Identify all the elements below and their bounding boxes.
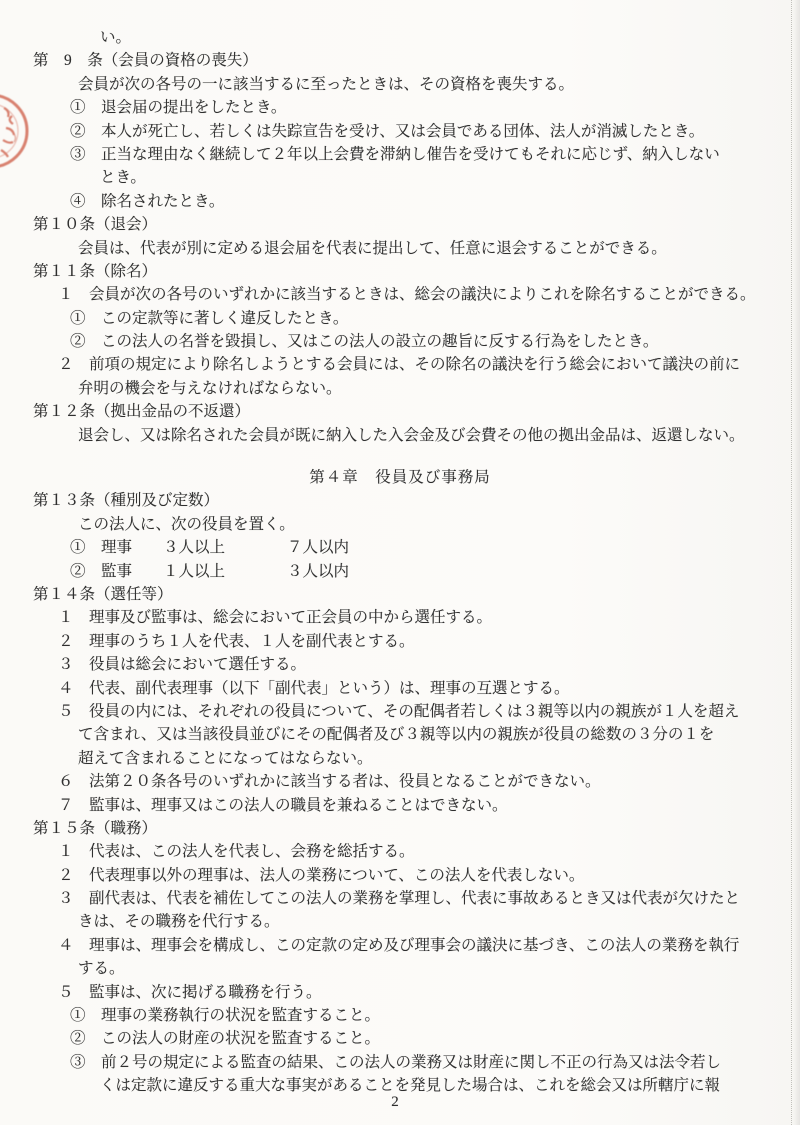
clause-line: ② 本人が死亡し、若しくは失踪宣告を受け、又は会員である団体、法人が消滅したとき… — [70, 120, 800, 143]
clause-line: きは、その職務を代行する。 — [78, 910, 800, 933]
clause-line: ３ 副代表は、代表を補佐してこの法人の業務を掌理し、代表に事故あるとき又は代表が… — [58, 887, 800, 910]
article-heading: 第１５条（職務） — [33, 817, 800, 840]
article-heading: 第１０条（退会） — [33, 213, 800, 236]
clause-line: ３ 役員は総会において選任する。 — [58, 653, 800, 676]
clause-line: ２ 前項の規定により除名しようとする会員には、その除名の議決を行う総会において議… — [58, 353, 800, 376]
article-heading: 第 9 条（会員の資格の喪失） — [33, 49, 800, 72]
clause-line: ７ 監事は、理事又はこの法人の職員を兼ねることはできない。 — [58, 794, 800, 817]
clause-line: 会員は、代表が別に定める退会届を代表に提出して、任意に退会することができる。 — [78, 237, 800, 260]
clause-line: ② 監事 １人以上 ３人以内 — [70, 560, 800, 583]
scanned-document-page: い。第 9 条（会員の資格の喪失）会員が次の各号の一に該当するに至ったときは、そ… — [0, 0, 800, 1125]
clause-line: ① この定款等に著しく違反したとき。 — [70, 307, 800, 330]
clause-line: 超えて含まれることになってはならない。 — [78, 747, 800, 770]
clause-line: この法人に、次の役員を置く。 — [78, 513, 800, 536]
clause-line: 弁明の機会を与えなければならない。 — [78, 377, 800, 400]
clause-line: ４ 理事は、理事会を構成し、この定款の定め及び理事会の議決に基づき、この法人の業… — [58, 934, 800, 957]
clause-line: ② この法人の財産の状況を監査すること。 — [70, 1027, 800, 1050]
clause-line: １ 理事及び監事は、総会において正会員の中から選任する。 — [58, 606, 800, 629]
article-heading: 第１２条（拠出金品の不返還） — [33, 400, 800, 423]
chapter-heading: 第４章 役員及び事務局 — [0, 466, 800, 489]
clause-line: ③ 前２号の規定による監査の結果、この法人の業務又は財産に関し不正の行為又は法令… — [70, 1051, 800, 1074]
clause-line: て含まれ、又は当該役員並びにその配偶者及び３親等以内の親族が役員の総数の３分の１… — [78, 723, 800, 746]
clause-line: ① 退会届の提出をしたとき。 — [70, 96, 800, 119]
page-number: 2 — [0, 1091, 790, 1113]
clause-line: １ 代表は、この法人を代表し、会務を総括する。 — [58, 840, 800, 863]
article-heading: 第１４条（選任等） — [33, 583, 800, 606]
clause-line: ① 理事 ３人以上 ７人以内 — [70, 536, 800, 559]
clause-line: ６ 法第２０条各号のいずれかに該当する者は、役員となることができない。 — [58, 770, 800, 793]
clause-line: 会員が次の各号の一に該当するに至ったときは、その資格を喪失する。 — [78, 73, 800, 96]
document-content: い。第 9 条（会員の資格の喪失）会員が次の各号の一に該当するに至ったときは、そ… — [0, 26, 800, 1098]
clause-line: する。 — [78, 957, 800, 980]
clause-line: い。 — [100, 26, 800, 49]
article-heading: 第１３条（種別及び定数） — [33, 489, 800, 512]
clause-line: ② この法人の名誉を毀損し、又はこの法人の設立の趣旨に反する行為をしたとき。 — [70, 330, 800, 353]
clause-line: ④ 除名されたとき。 — [70, 190, 800, 213]
clause-line: とき。 — [100, 166, 800, 189]
clause-line: ２ 理事のうち１人を代表、１人を副代表とする。 — [58, 630, 800, 653]
article-heading: 第１１条（除名） — [33, 260, 800, 283]
clause-line: ２ 代表理事以外の理事は、法人の業務について、この法人を代表しない。 — [58, 864, 800, 887]
clause-line: ③ 正当な理由なく継続して２年以上会費を滞納し催告を受けてもそれに応じず、納入し… — [70, 143, 800, 166]
clause-line: ５ 監事は、次に掲げる職務を行う。 — [58, 981, 800, 1004]
clause-line: 退会し、又は除名された会員が既に納入した入会金及び会費その他の拠出金品は、返還し… — [78, 424, 800, 447]
clause-line: ４ 代表、副代表理事（以下「副代表」という）は、理事の互選とする。 — [58, 677, 800, 700]
clause-line: ５ 役員の内には、それぞれの役員について、その配偶者若しくは３親等以内の親族が１… — [58, 700, 800, 723]
clause-line: １ 会員が次の各号のいずれかに該当するときは、総会の議決によりこれを除名すること… — [58, 283, 800, 306]
clause-line: ① 理事の業務執行の状況を監査すること。 — [70, 1004, 800, 1027]
